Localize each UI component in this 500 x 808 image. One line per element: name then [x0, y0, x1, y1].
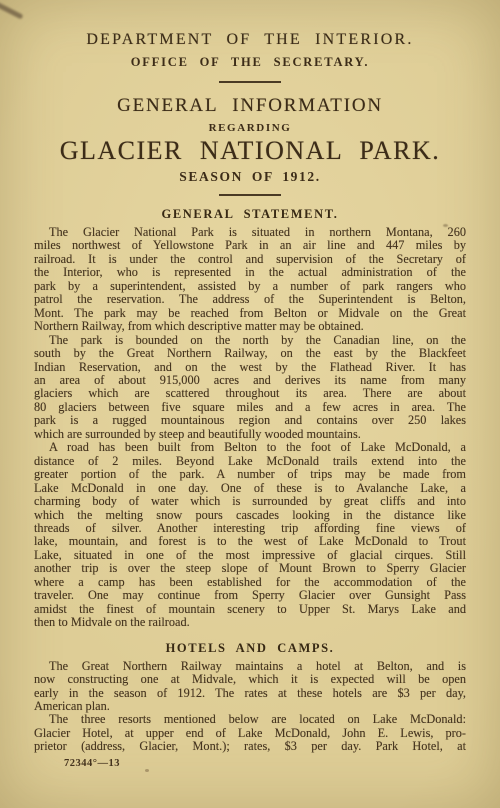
office-subtitle: OFFICE OF THE SECRETARY.: [0, 55, 500, 70]
body-line: early in the season of 1912. The rates a…: [34, 687, 466, 700]
body-line: greater portion of the park. A number of…: [34, 468, 466, 481]
body-line: threads of silver. Another interesting t…: [34, 522, 466, 535]
print-code: 72344°—13: [34, 758, 466, 769]
publication-title-line3: GLACIER NATIONAL PARK.: [0, 136, 500, 166]
divider-rule: [219, 194, 281, 196]
body-line: Glacier Hotel, at upper end of Lake McDo…: [34, 727, 466, 740]
body-line: prietor (address, Glacier, Mont.); rates…: [34, 740, 466, 753]
body-line: lake, mountain, and forest is to the wes…: [34, 535, 466, 548]
department-title: DEPARTMENT OF THE INTERIOR.: [0, 31, 500, 49]
document-page: DEPARTMENT OF THE INTERIOR. OFFICE OF TH…: [0, 0, 500, 808]
body-line: miles northwest of Yellowstone Park in a…: [34, 239, 466, 252]
body-line: park is a rugged mountainous region and …: [34, 414, 466, 427]
body-line: A road has been built from Belton to the…: [34, 441, 466, 454]
publication-title-line1: GENERAL INFORMATION: [0, 95, 500, 116]
body-line: Northern Railway, from which descriptive…: [34, 320, 466, 333]
body-line: railroad. It is under the control and su…: [34, 253, 466, 266]
body-line: which the melting snow pours cascades lo…: [34, 509, 466, 522]
paper-speck: [443, 224, 448, 227]
body-line: south by the Great Northern Railway, on …: [34, 347, 466, 360]
divider-rule: [219, 81, 281, 83]
body-line: Lake, situated in one of the most impres…: [34, 549, 466, 562]
body-line: patrol the reservation. The address of t…: [34, 293, 466, 306]
body-line: Mont. The park may be reached from Belto…: [34, 307, 466, 320]
paper-speck: [145, 769, 149, 772]
body-line: which are surrounded by steep and beauti…: [34, 428, 466, 441]
document-body: GENERAL STATEMENT.The Glacier National P…: [34, 207, 466, 754]
section-heading: GENERAL STATEMENT.: [34, 207, 466, 222]
body-line: The park is bounded on the north by the …: [34, 334, 466, 347]
body-line: Lake McDonald in one day. One of these i…: [34, 482, 466, 495]
body-line: glaciers which are scattered throughout …: [34, 387, 466, 400]
body-line: an area of about 915,000 acres and deriv…: [34, 374, 466, 387]
body-line: the Interior, who is represented in the …: [34, 266, 466, 279]
body-line: charming body of water which is surround…: [34, 495, 466, 508]
body-line: another trip is over the steep slope of …: [34, 562, 466, 575]
body-line: The Great Northern Railway maintains a h…: [34, 660, 466, 673]
publication-title-line2: REGARDING: [0, 122, 500, 134]
body-line: The Glacier National Park is situated in…: [34, 226, 466, 239]
body-line: distance of 2 miles. Beyond Lake McDonal…: [34, 455, 466, 468]
body-line: traveler. One may continue from Sperry G…: [34, 589, 466, 602]
season-line: SEASON OF 1912.: [0, 169, 500, 185]
body-line: now constructing one at Midvale, which i…: [34, 673, 466, 686]
body-line: The three resorts mentioned below are lo…: [34, 713, 466, 726]
document-header: DEPARTMENT OF THE INTERIOR. OFFICE OF TH…: [0, 0, 500, 196]
body-line: American plan.: [34, 700, 466, 713]
body-line: then to Midvale on the railroad.: [34, 616, 466, 629]
section-heading: HOTELS AND CAMPS.: [34, 641, 466, 656]
body-line: 80 glaciers between five square miles an…: [34, 401, 466, 414]
body-line: park by a superintendent, assisted by a …: [34, 280, 466, 293]
body-line: where a camp has been established for th…: [34, 576, 466, 589]
body-line: amidst the finest of mountain scenery to…: [34, 603, 466, 616]
body-line: Indian Reservation, and on the west by t…: [34, 361, 466, 374]
